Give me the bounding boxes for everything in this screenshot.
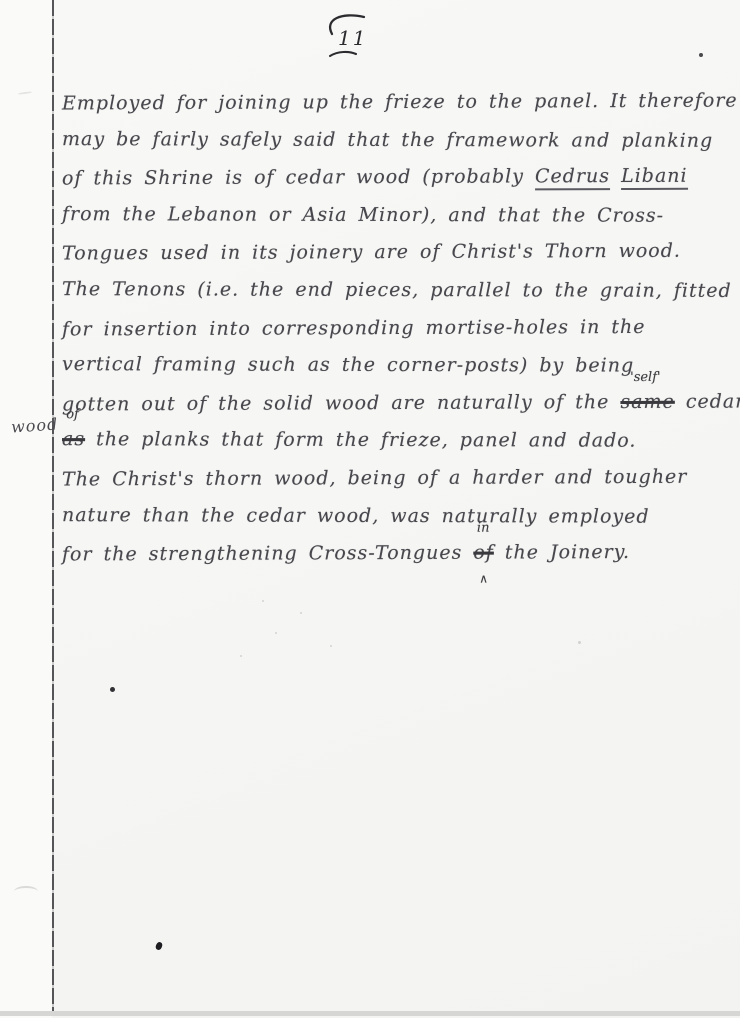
scan-speck xyxy=(240,655,242,657)
text-segment: cedar xyxy=(675,390,740,412)
superscript-correction: 'self' xyxy=(630,371,661,384)
superscript-correction: of xyxy=(66,408,79,421)
text-segment: nature than the cedar wood, was naturall… xyxy=(62,504,650,528)
text-segment xyxy=(610,165,621,187)
scan-speck xyxy=(300,612,302,614)
text-segment: Tongues used in its joinery are of Chris… xyxy=(62,240,681,265)
text-segment: of this Shrine is of cedar wood (probabl… xyxy=(62,166,535,190)
text-segment: for insertion into corresponding mortise… xyxy=(62,315,646,340)
page-bottom-edge xyxy=(0,1011,740,1016)
handwritten-line: nature than the cedar wood, was naturall… xyxy=(62,497,734,536)
handwritten-line: Employed for joining up the frieze to th… xyxy=(62,83,734,124)
text-segment: ofin∧ xyxy=(473,535,494,573)
text-segment: gotten out of the solid wood are natural… xyxy=(62,391,621,415)
handwritten-line: The Tenons (i.e. the end pieces, paralle… xyxy=(62,271,734,310)
text-segment: vertical framing such as the corner-post… xyxy=(62,353,634,376)
superscript-correction: in xyxy=(477,522,490,535)
handwritten-line: from the Lebanon or Asia Minor), and tha… xyxy=(62,196,734,235)
text-segment: Cedrus xyxy=(535,165,610,190)
text-segment: same'self' xyxy=(620,384,675,422)
handwritten-line: gotten out of the solid wood are natural… xyxy=(62,383,734,424)
handwritten-line: for the strengthening Cross-Tongues ofin… xyxy=(62,534,734,575)
text-segment: may be fairly safely said that the frame… xyxy=(62,128,713,152)
handwritten-line: of this Shrine is of cedar wood (probabl… xyxy=(62,158,734,199)
text-segment: The Tenons (i.e. the end pieces, paralle… xyxy=(62,278,732,302)
text-segment: Libani xyxy=(621,165,688,190)
ink-spot xyxy=(699,53,703,57)
text-segment: asof xyxy=(62,421,85,459)
page-header: 11 xyxy=(312,10,382,62)
handwritten-line: asof the planks that form the frieze, pa… xyxy=(62,421,734,460)
scan-speck xyxy=(262,600,264,602)
handwritten-line: The Christ's thorn wood, being of a hard… xyxy=(62,458,734,499)
handwritten-line: for insertion into corresponding mortise… xyxy=(62,308,734,349)
ink-spot xyxy=(110,687,115,692)
scan-speck xyxy=(578,641,581,644)
margin-rule-line xyxy=(52,0,54,1012)
text-segment: as xyxy=(62,428,85,450)
handwritten-text-block: Employed for joining up the frieze to th… xyxy=(62,84,734,573)
insertion-caret: ∧ xyxy=(479,573,489,583)
handwritten-line: Tongues used in its joinery are of Chris… xyxy=(62,233,734,274)
page-number: 11 xyxy=(338,26,367,50)
handwritten-line: may be fairly safely said that the frame… xyxy=(62,121,734,160)
text-segment: The Christ's thorn wood, being of a hard… xyxy=(62,466,687,491)
text-segment: the planks that form the frieze, panel a… xyxy=(85,429,636,452)
page-left-margin xyxy=(0,0,52,1018)
text-segment: same xyxy=(620,391,674,413)
scan-speck xyxy=(330,645,332,647)
text-segment: Employed for joining up the frieze to th… xyxy=(62,90,738,115)
ink-spot xyxy=(155,941,164,951)
text-segment: the Joinery. xyxy=(494,541,630,564)
faint-pencil-mark xyxy=(14,886,38,897)
manuscript-page: 11 Employed for joining up the frieze to… xyxy=(0,0,740,1018)
scan-speck xyxy=(275,632,277,634)
text-segment: for the strengthening Cross-Tongues xyxy=(62,542,473,566)
text-segment: from the Lebanon or Asia Minor), and tha… xyxy=(62,203,664,227)
text-segment: of xyxy=(473,542,494,564)
margin-note: wood xyxy=(10,414,58,436)
